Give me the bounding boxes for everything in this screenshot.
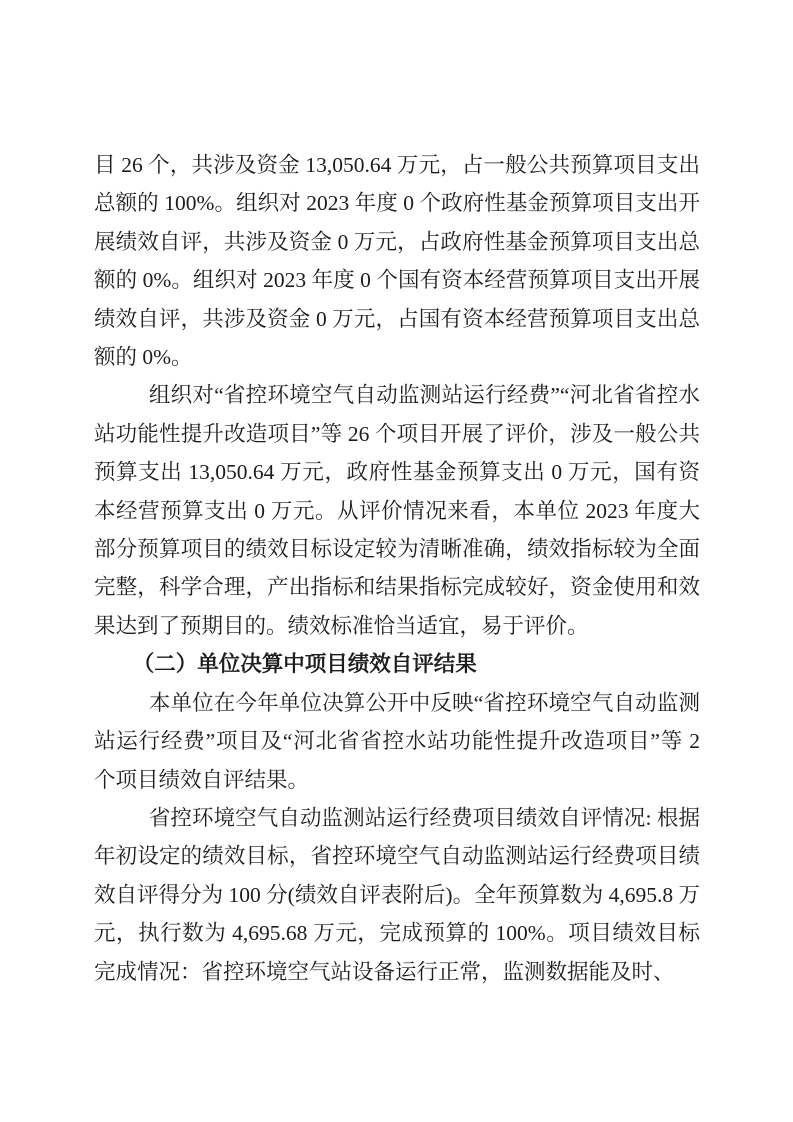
document-page: 目 26 个，共涉及资金 13,050.64 万元，占一般公共预算项目支出总额的… xyxy=(0,0,793,1122)
paragraph: 省控环境空气自动监测站运行经费项目绩效自评情况: 根据年初设定的绩效目标，省控环… xyxy=(94,799,700,991)
document-content: 目 26 个，共涉及资金 13,050.64 万元，占一般公共预算项目支出总额的… xyxy=(94,146,700,991)
paragraph: 本单位在今年单位决算公开中反映“省控环境空气自动监测站运行经费”项目及“河北省省… xyxy=(94,684,700,799)
section-heading: （二）单位决算中项目绩效自评结果 xyxy=(94,645,700,683)
paragraph: 目 26 个，共涉及资金 13,050.64 万元，占一般公共预算项目支出总额的… xyxy=(94,146,700,376)
paragraph: 组织对“省控环境空气自动监测站运行经费”“河北省省控水站功能性提升改造项目”等 … xyxy=(94,376,700,645)
